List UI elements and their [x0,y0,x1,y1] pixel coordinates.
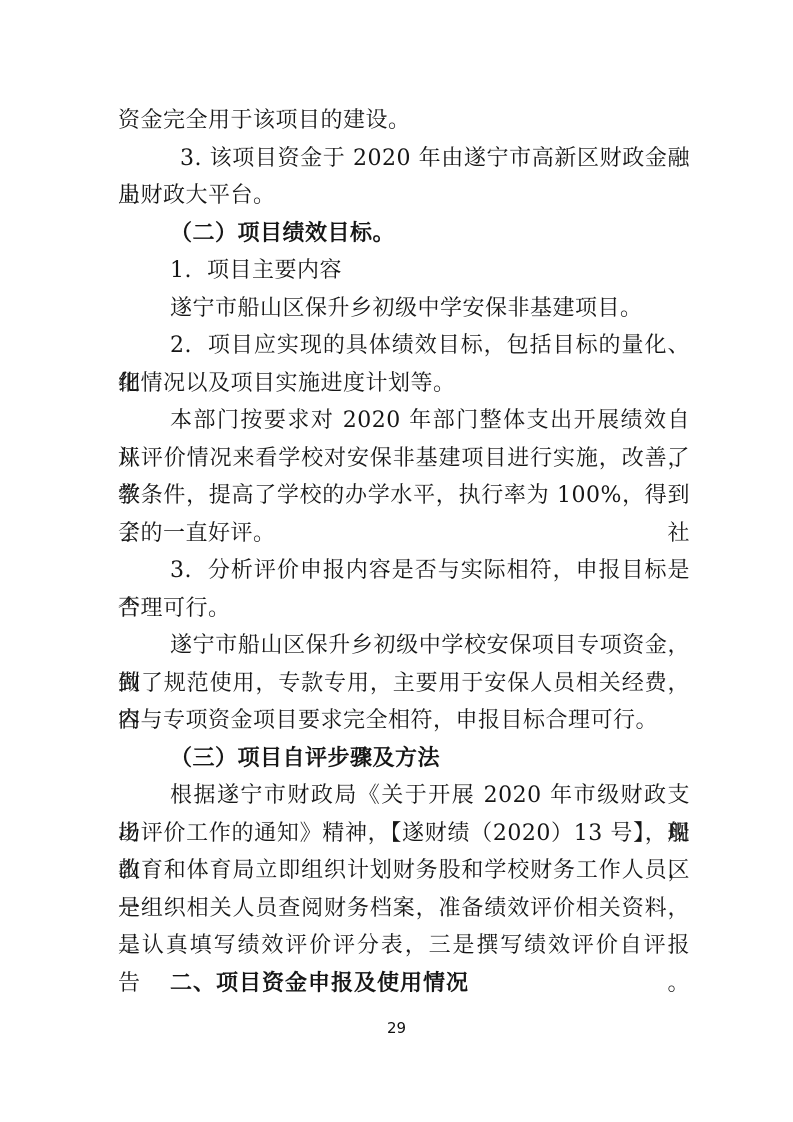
section-heading: （三）项目自评步骤及方法 [118,740,690,778]
document-body: 资金完全用于该项目的建设。 3. 该项目资金于 2020 年由遂宁市高新区财政金… [118,102,690,1002]
document-page: 资金完全用于该项目的建设。 3. 该项目资金于 2020 年由遂宁市高新区财政金… [0,0,793,1122]
paragraph-line: 遂宁市船山区保升乡初级中学安保非基建项目。 [118,290,690,328]
paragraph-line: 1. 项目主要内容 [118,252,690,290]
paragraph-line: 是组织相关人员查阅财务档案，准备绩效评价相关资料，二 [118,890,690,928]
paragraph-line: 遂宁市船山区保升乡初级中学校安保项目专项资金，做 [118,627,690,665]
paragraph-line: 3. 分析评价申报内容是否与实际相符，申报目标是否 [118,552,690,590]
paragraph-line: 3. 该项目资金于 2020 年由遂宁市高新区财政金融局 [118,140,690,178]
paragraph-line: 学条件，提高了学校的办学水平，执行率为 100%，得到了社 [118,477,690,515]
paragraph-line: 2. 项目应实现的具体绩效目标，包括目标的量化、细 [118,327,690,365]
section-heading: （二）项目绩效目标。 [118,215,690,253]
paragraph-line: 场评价工作的通知》精神，【遂财绩（2020）13 号】，船山区 [118,815,690,853]
paragraph-line: 上财政大平台。 [118,177,690,215]
paragraph-line: 教育和体育局立即组织计划财务股和学校财务工作人员，一 [118,852,690,890]
paragraph-line: 本部门按要求对 2020 年部门整体支出开展绩效自评， [118,402,690,440]
page-number: 29 [0,1019,793,1037]
paragraph-line: 从评价情况来看学校对安保非基建项目进行实施，改善了教 [118,440,690,478]
paragraph-line: 是认真填写绩效评价评分表，三是撰写绩效评价自评报告。 [118,927,690,965]
paragraph-line: 根据遂宁市财政局《关于开展 2020 年市级财政支出现 [118,777,690,815]
paragraph-line: 容与专项资金项目要求完全相符，申报目标合理可行。 [118,702,690,740]
paragraph-line: 化情况以及项目实施进度计划等。 [118,365,690,403]
paragraph-line: 到了规范使用，专款专用，主要用于安保人员相关经费，内 [118,665,690,703]
paragraph-line: 合理可行。 [118,590,690,628]
paragraph-line: 资金完全用于该项目的建设。 [118,102,690,140]
